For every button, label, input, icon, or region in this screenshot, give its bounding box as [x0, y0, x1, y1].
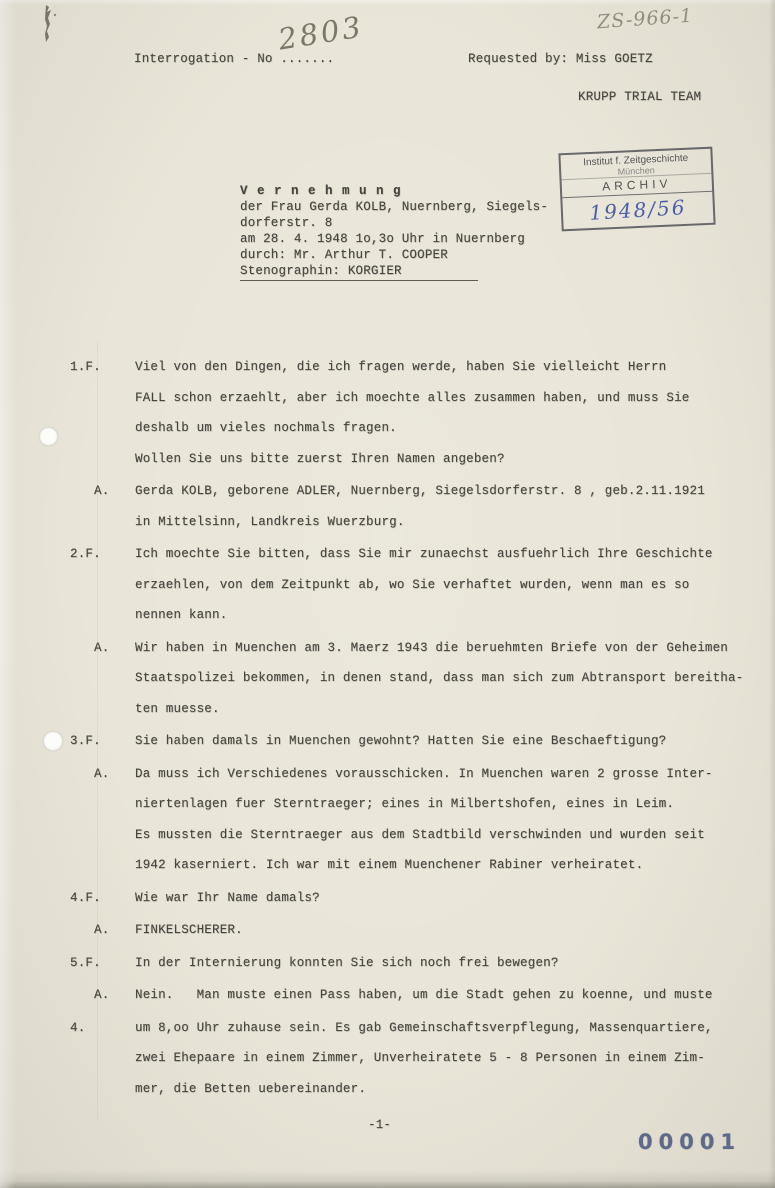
scan-ink-mark [38, 4, 58, 44]
scanned-document-page: { "archive": { "signature_handwritten": … [0, 0, 775, 1188]
date-line: am 28. 4. 1948 1o,3o Uhr in Nuernberg [240, 231, 548, 247]
qa-label: 2.F. [70, 539, 101, 570]
qa-label: 5.F. [70, 948, 101, 979]
qa-lines: Sie haben damals in Muenchen gewohnt? Ha… [135, 726, 750, 757]
document-number-stamp: 00001 [638, 1130, 741, 1154]
qa-block: 2.F. Ich moechte Sie bitten, dass Sie mi… [60, 539, 750, 631]
page-number: -1- [368, 1118, 391, 1132]
requested-by-label: Requested by: Miss GOETZ [468, 52, 653, 66]
qa-block: 4. um 8,oo Uhr zuhause sein. Es gab Geme… [60, 1013, 750, 1105]
qa-body: 1.F. Viel von den Dingen, die ich fragen… [60, 352, 750, 1106]
qa-lines: um 8,oo Uhr zuhause sein. Es gab Gemeins… [135, 1013, 750, 1105]
qa-block: A. Gerda KOLB, geborene ADLER, Nuernberg… [60, 476, 750, 537]
krupp-trial-team-label: KRUPP TRIAL TEAM [578, 90, 701, 104]
qa-label: A. [94, 759, 109, 790]
qa-line: Sie haben damals in Muenchen gewohnt? Ha… [135, 726, 750, 757]
qa-block: A. Da muss ich Verschiedenes vorausschic… [60, 759, 750, 881]
qa-line: erzaehlen, von dem Zeitpunkt ab, wo Sie … [135, 570, 750, 601]
archive-stamp: Institut f. Zeitgeschichte München ARCHI… [558, 147, 715, 232]
qa-line: nennen kann. [135, 600, 750, 631]
qa-line: Es mussten die Sterntraeger aus dem Stad… [135, 820, 750, 851]
qa-line: ten muesse. [135, 694, 750, 725]
qa-line: Da muss ich Verschiedenes vorausschicken… [135, 759, 750, 790]
qa-label: 4.F. [70, 883, 101, 914]
archive-signature-handwritten: ZS-966-1 [596, 5, 693, 34]
qa-line: um 8,oo Uhr zuhause sein. Es gab Gemeins… [135, 1013, 750, 1044]
qa-block: 1.F. Viel von den Dingen, die ich fragen… [60, 352, 750, 474]
qa-label: A. [94, 633, 109, 664]
qa-lines: Wir haben in Muenchen am 3. Maerz 1943 d… [135, 633, 750, 725]
qa-block: A. Nein. Man muste einen Pass haben, um … [60, 980, 750, 1011]
qa-line: in Mittelsinn, Landkreis Wuerzburg. [135, 507, 750, 538]
subject-line: dorferstr. 8 [240, 215, 548, 231]
qa-block: 4.F. Wie war Ihr Name damals? [60, 883, 750, 914]
qa-lines: In der Internierung konnten Sie sich noc… [135, 948, 750, 979]
qa-lines: Nein. Man muste einen Pass haben, um die… [135, 980, 750, 1011]
document-title: V e r n e h m u n g [240, 183, 548, 199]
qa-line: Staatspolizei bekommen, in denen stand, … [135, 663, 750, 694]
qa-line: Gerda KOLB, geborene ADLER, Nuernberg, S… [135, 476, 750, 507]
qa-line: Wir haben in Muenchen am 3. Maerz 1943 d… [135, 633, 750, 664]
qa-line: In der Internierung konnten Sie sich noc… [135, 948, 750, 979]
qa-line: FALL schon erzaehlt, aber ich moechte al… [135, 383, 750, 414]
qa-line: FINKELSCHERER. [135, 915, 750, 946]
subject-line: der Frau Gerda KOLB, Nuernberg, Siegels- [240, 199, 548, 215]
qa-block: 5.F. In der Internierung konnten Sie sic… [60, 948, 750, 979]
qa-line: 1942 kaserniert. Ich war mit einem Muenc… [135, 850, 750, 881]
qa-block: A. FINKELSCHERER. [60, 915, 750, 946]
qa-line: deshalb um vieles nochmals fragen. [135, 413, 750, 444]
qa-block: A. Wir haben in Muenchen am 3. Maerz 194… [60, 633, 750, 725]
interrogation-number-handwritten: 2803 [276, 9, 366, 56]
stenographer-line: Stenographin: KORGIER [240, 263, 478, 281]
qa-lines: FINKELSCHERER. [135, 915, 750, 946]
qa-line: Viel von den Dingen, die ich fragen werd… [135, 352, 750, 383]
qa-line: Nein. Man muste einen Pass haben, um die… [135, 980, 750, 1011]
qa-line: zwei Ehepaare in einem Zimmer, Unverheir… [135, 1043, 750, 1074]
interrogation-number-label: Interrogation - No ....... [134, 52, 334, 66]
qa-label: A. [94, 980, 109, 1011]
interrogator-line: durch: Mr. Arthur T. COOPER [240, 247, 548, 263]
qa-lines: Wie war Ihr Name damals? [135, 883, 750, 914]
qa-line: Wollen Sie uns bitte zuerst Ihren Namen … [135, 444, 750, 475]
qa-label: 3.F. [70, 726, 101, 757]
qa-lines: Viel von den Dingen, die ich fragen werd… [135, 352, 750, 474]
qa-lines: Gerda KOLB, geborene ADLER, Nuernberg, S… [135, 476, 750, 537]
interrogation-header: V e r n e h m u n g der Frau Gerda KOLB,… [240, 183, 548, 281]
qa-lines: Ich moechte Sie bitten, dass Sie mir zun… [135, 539, 750, 631]
qa-label: 4. [70, 1013, 85, 1044]
punch-hole-top [39, 427, 58, 446]
qa-label: 1.F. [70, 352, 101, 383]
qa-line: Wie war Ihr Name damals? [135, 883, 750, 914]
qa-line: mer, die Betten uebereinander. [135, 1074, 750, 1105]
qa-block: 3.F. Sie haben damals in Muenchen gewohn… [60, 726, 750, 757]
qa-label: A. [94, 915, 109, 946]
qa-label: A. [94, 476, 109, 507]
qa-line: niertenlagen fuer Sterntraeger; eines in… [135, 789, 750, 820]
qa-lines: Da muss ich Verschiedenes vorausschicken… [135, 759, 750, 881]
qa-line: Ich moechte Sie bitten, dass Sie mir zun… [135, 539, 750, 570]
